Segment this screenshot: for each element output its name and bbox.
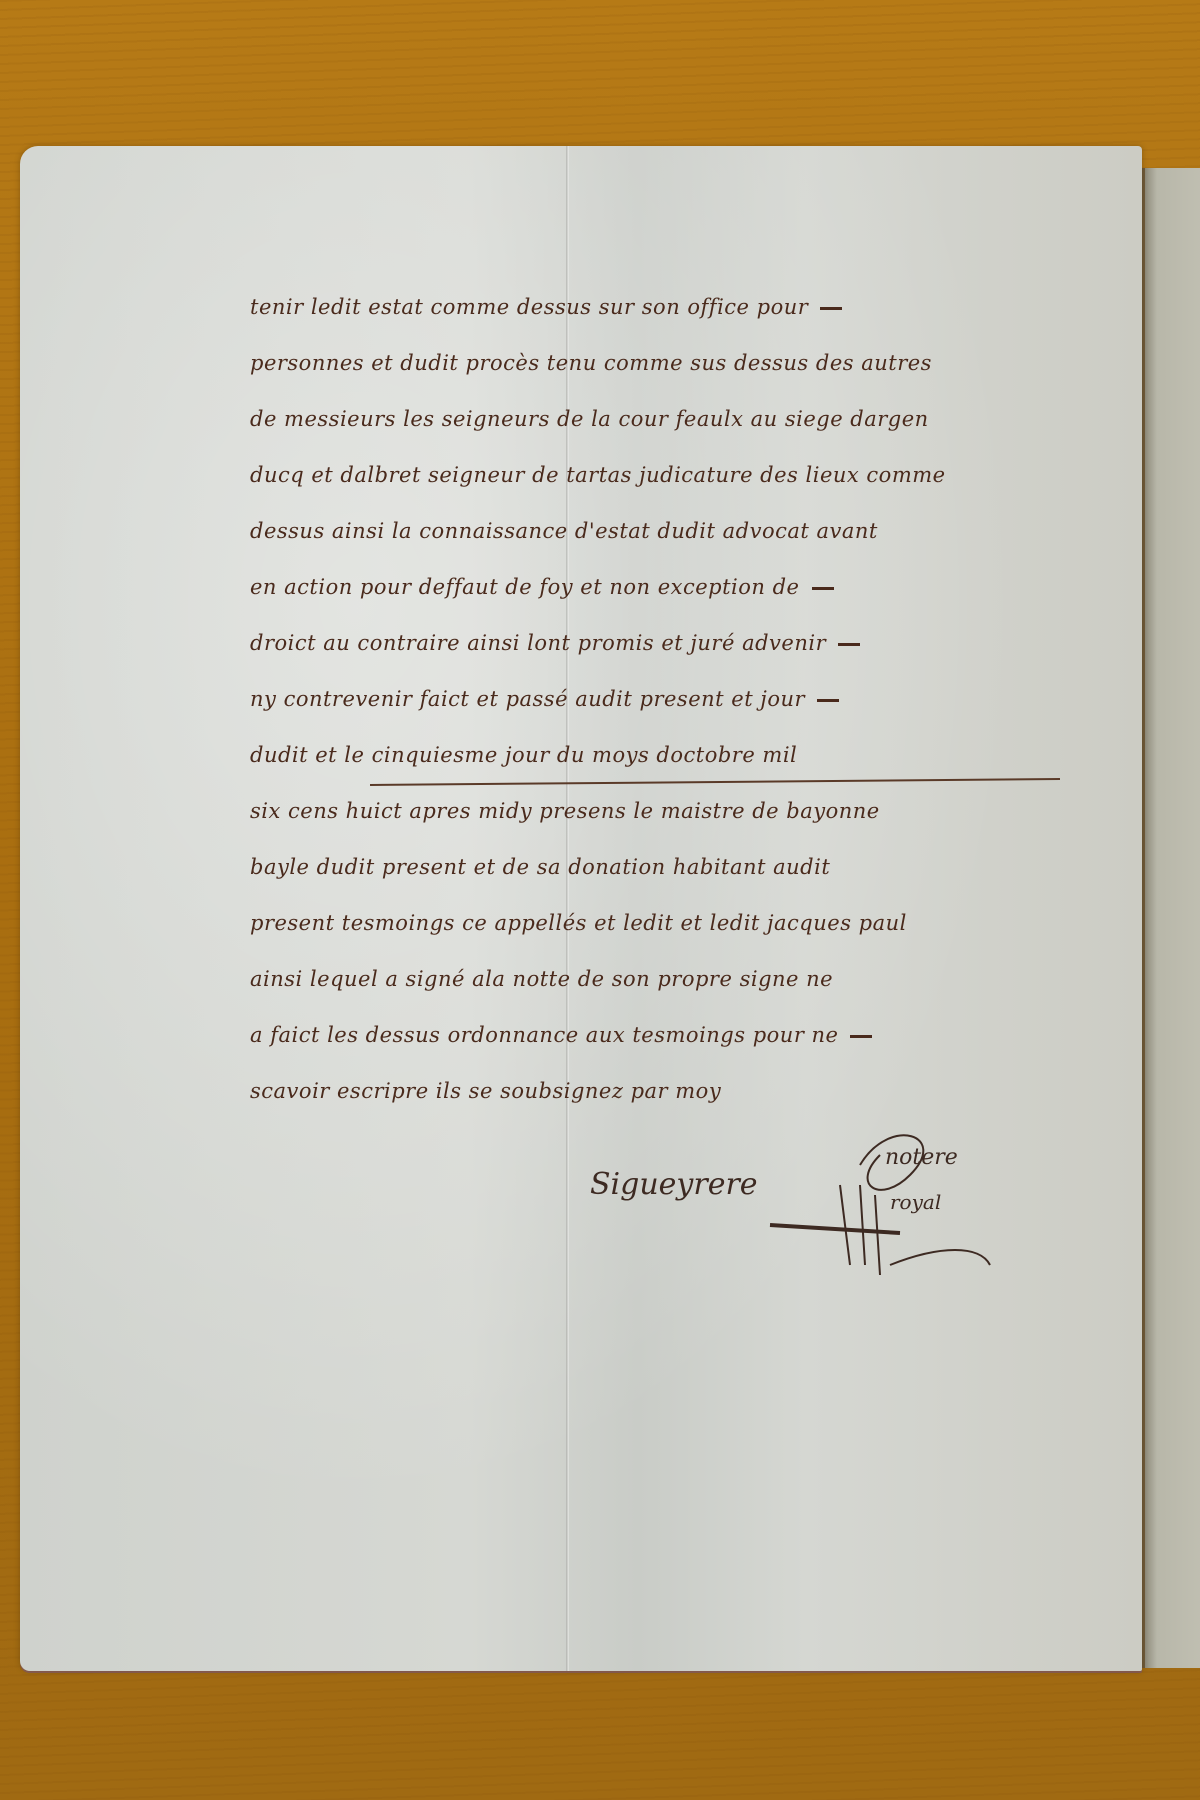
line-text: scavoir escripre ils se soubsignez par m… — [250, 1079, 721, 1103]
line-text: tenir ledit estat comme dessus sur son o… — [250, 295, 808, 319]
text-line: droict au contraire ainsi lont promis et… — [250, 621, 1130, 677]
signature-block: Sigueyrere notere royal — [590, 1125, 1010, 1285]
line-filler-dash — [838, 643, 860, 646]
signature-name: Sigueyrere — [590, 1167, 758, 1202]
line-text: dessus ainsi la connaissance d'estat dud… — [250, 519, 878, 543]
line-text: ducq et dalbret seigneur de tartas judic… — [250, 463, 946, 487]
line-text: ny contrevenir faict et passé audit pres… — [250, 687, 805, 711]
text-line: dessus ainsi la connaissance d'estat dud… — [250, 509, 1130, 565]
signature-title: notere — [885, 1145, 958, 1170]
text-line: a faict les dessus ordonnance aux tesmoi… — [250, 1013, 1130, 1069]
text-line: personnes et dudit procès tenu comme sus… — [250, 341, 1130, 397]
text-line: bayle dudit present et de sa donation ha… — [250, 845, 1130, 901]
line-text: six cens huict apres midy presens le mai… — [250, 799, 880, 823]
text-line: tenir ledit estat comme dessus sur son o… — [250, 285, 1130, 341]
manuscript-text: tenir ledit estat comme dessus sur son o… — [250, 285, 1130, 1125]
line-text: en action pour deffaut de foy et non exc… — [250, 575, 800, 599]
text-line: ny contrevenir faict et passé audit pres… — [250, 677, 1130, 733]
line-filler-dash — [817, 699, 839, 702]
line-filler-dash — [820, 307, 842, 310]
line-text: droict au contraire ainsi lont promis et… — [250, 631, 826, 655]
text-line: dudit et le cinquiesme jour du moys doct… — [250, 733, 1130, 789]
line-text: bayle dudit present et de sa donation ha… — [250, 855, 830, 879]
text-line: ainsi lequel a signé ala notte de son pr… — [250, 957, 1130, 1013]
text-line: present tesmoings ce appellés et ledit e… — [250, 901, 1130, 957]
underline-stroke — [370, 778, 1060, 786]
text-line: six cens huict apres midy presens le mai… — [250, 789, 1130, 845]
line-text: personnes et dudit procès tenu comme sus… — [250, 351, 932, 375]
line-text: a faict les dessus ordonnance aux tesmoi… — [250, 1023, 838, 1047]
paraph-flourish-icon — [740, 1125, 1000, 1285]
text-line: en action pour deffaut de foy et non exc… — [250, 565, 1130, 621]
line-text: present tesmoings ce appellés et ledit e… — [250, 911, 907, 935]
line-filler-dash — [850, 1035, 872, 1038]
line-filler-dash — [812, 587, 834, 590]
text-line: ducq et dalbret seigneur de tartas judic… — [250, 453, 1130, 509]
text-line: de messieurs les seigneurs de la cour fe… — [250, 397, 1130, 453]
signature-title: royal — [890, 1190, 941, 1214]
text-line: scavoir escripre ils se soubsignez par m… — [250, 1069, 1130, 1125]
adjacent-page — [1142, 168, 1200, 1668]
line-text: de messieurs les seigneurs de la cour fe… — [250, 407, 929, 431]
line-text: ainsi lequel a signé ala notte de son pr… — [250, 967, 833, 991]
line-text: dudit et le cinquiesme jour du moys doct… — [250, 743, 797, 767]
